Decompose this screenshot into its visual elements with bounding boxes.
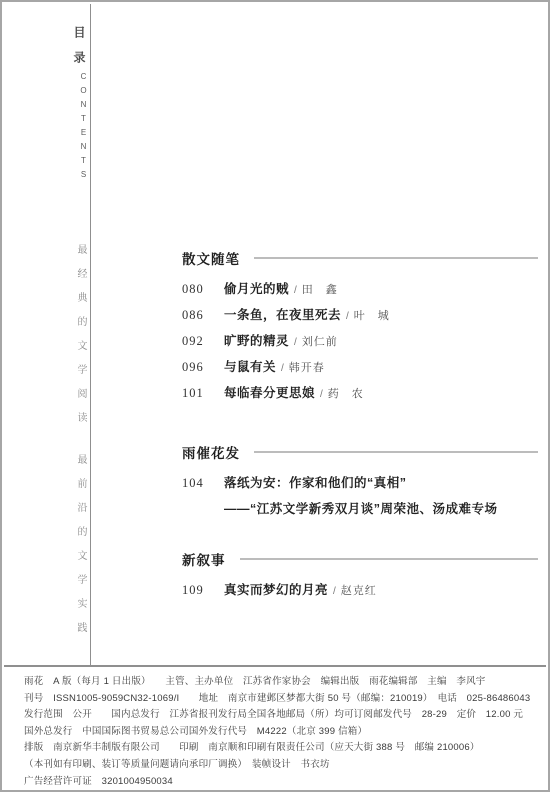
- entry-page-number: 101: [182, 380, 224, 406]
- entry-author: 赵克红: [341, 585, 377, 597]
- footer-line-distribution-price: 发行范围 公开 国内总发行 江苏省报刊发行局全国各地邮局（所）均可订阅邮发代号 …: [24, 707, 526, 724]
- entry-list: 109真实而梦幻的月亮/赵克红: [182, 577, 538, 603]
- entry-page-number: 109: [182, 577, 224, 603]
- entry-page-number: 104: [182, 470, 224, 496]
- entry-title: 每临春分更思娘: [224, 386, 315, 400]
- entry-title: 与鼠有关: [224, 360, 276, 374]
- footer-line-ad-license: 广告经营许可证 3201004950034: [24, 774, 526, 791]
- entry-separator: /: [281, 363, 284, 374]
- magazine-toc-page: 目录 CONTENTS 最经典的文学阅读 最前沿的文学实践 散文随笔 080偷月…: [0, 0, 550, 792]
- entry-separator: /: [294, 337, 297, 348]
- section-rain-flowers: 雨催花发 104落纸为安：作家和他们的“真相” ——“江苏文学新秀双月谈”周荣池…: [182, 443, 538, 523]
- entry-author: 刘仁前: [302, 336, 338, 348]
- section-title: 散文随笔: [182, 248, 240, 268]
- footer-line-overseas-distribution: 国外总发行 中国国际图书贸易总公司国外发行代号 M4222（北京 399 信箱）: [24, 724, 526, 741]
- entry-author: 田 鑫: [302, 284, 338, 296]
- sidebar-slogan-bottom: 最前沿的文学实践: [62, 454, 88, 646]
- toc-entry: 096与鼠有关/韩开春: [182, 354, 538, 380]
- entry-page-number: 096: [182, 354, 224, 380]
- section-title: 雨催花发: [182, 442, 240, 462]
- entry-title: 旷野的精灵: [224, 334, 289, 348]
- toc-title-chinese: 目录: [62, 26, 88, 76]
- entry-separator: /: [333, 586, 336, 597]
- entry-title: 真实而梦幻的月亮: [224, 583, 328, 597]
- section-essays: 散文随笔 080偷月光的贼/田 鑫 086一条鱼，在夜里死去/叶 城 092旷野…: [182, 249, 538, 406]
- section-new-narrative: 新叙事 109真实而梦幻的月亮/赵克红: [182, 550, 538, 603]
- entry-separator: /: [346, 311, 349, 322]
- footer-line-quality-design: （本刊如有印刷、装订等质量问题请向承印厂调换） 装帧设计 书衣坊: [24, 757, 526, 774]
- entry-separator: /: [294, 285, 297, 296]
- entry-page-number: 086: [182, 302, 224, 328]
- section-rule-line: [254, 257, 538, 259]
- footer-line-issn-address: 刊号 ISSN1005-9059CN32-1069/I 地址 南京市建邺区梦都大…: [24, 691, 526, 708]
- entry-page-number: 092: [182, 328, 224, 354]
- toc-entry: 101每临春分更思娘/药 农: [182, 380, 538, 406]
- entry-separator: /: [320, 389, 323, 400]
- toc-entry: 109真实而梦幻的月亮/赵克红: [182, 577, 538, 603]
- entry-author: 叶 城: [354, 310, 390, 322]
- sidebar-slogan-top: 最经典的文学阅读: [62, 244, 88, 436]
- section-header: 新叙事: [182, 550, 538, 568]
- toc-entry: 092旷野的精灵/刘仁前: [182, 328, 538, 354]
- section-title: 新叙事: [182, 549, 226, 569]
- section-header: 散文随笔: [182, 249, 538, 267]
- entry-author: 药 农: [328, 388, 364, 400]
- entry-title: 落纸为安：作家和他们的“真相”: [224, 476, 407, 490]
- publication-info-footer: 雨花 A 版（每月 1 日出版） 主管、主办单位 江苏省作家协会 编辑出版 雨花…: [4, 667, 546, 788]
- entry-title: 偷月光的贼: [224, 282, 289, 296]
- entry-list: 080偷月光的贼/田 鑫 086一条鱼，在夜里死去/叶 城 092旷野的精灵/刘…: [182, 276, 538, 406]
- entry-author: 韩开春: [289, 362, 325, 374]
- entry-list: 104落纸为安：作家和他们的“真相” ——“江苏文学新秀双月谈”周荣池、汤成难专…: [182, 470, 538, 523]
- toc-title-english: CONTENTS: [62, 72, 88, 184]
- footer-line-edition-publisher: 雨花 A 版（每月 1 日出版） 主管、主办单位 江苏省作家协会 编辑出版 雨花…: [24, 674, 526, 691]
- section-rule-line: [254, 451, 538, 453]
- entry-page-number: 080: [182, 276, 224, 302]
- section-header: 雨催花发: [182, 443, 538, 461]
- toc-entry: 080偷月光的贼/田 鑫: [182, 276, 538, 302]
- entry-subtitle: ——“江苏文学新秀双月谈”周荣池、汤成难专场: [182, 496, 538, 523]
- footer-line-typesetting-printing: 排版 南京新华丰制版有限公司 印刷 南京顺和印刷有限责任公司（应天大街 388 …: [24, 740, 526, 757]
- toc-entry: 086一条鱼，在夜里死去/叶 城: [182, 302, 538, 328]
- toc-entry: 104落纸为安：作家和他们的“真相”: [182, 470, 538, 496]
- section-rule-line: [240, 558, 539, 560]
- sidebar-divider-line: [90, 4, 91, 666]
- entry-title: 一条鱼，在夜里死去: [224, 308, 341, 322]
